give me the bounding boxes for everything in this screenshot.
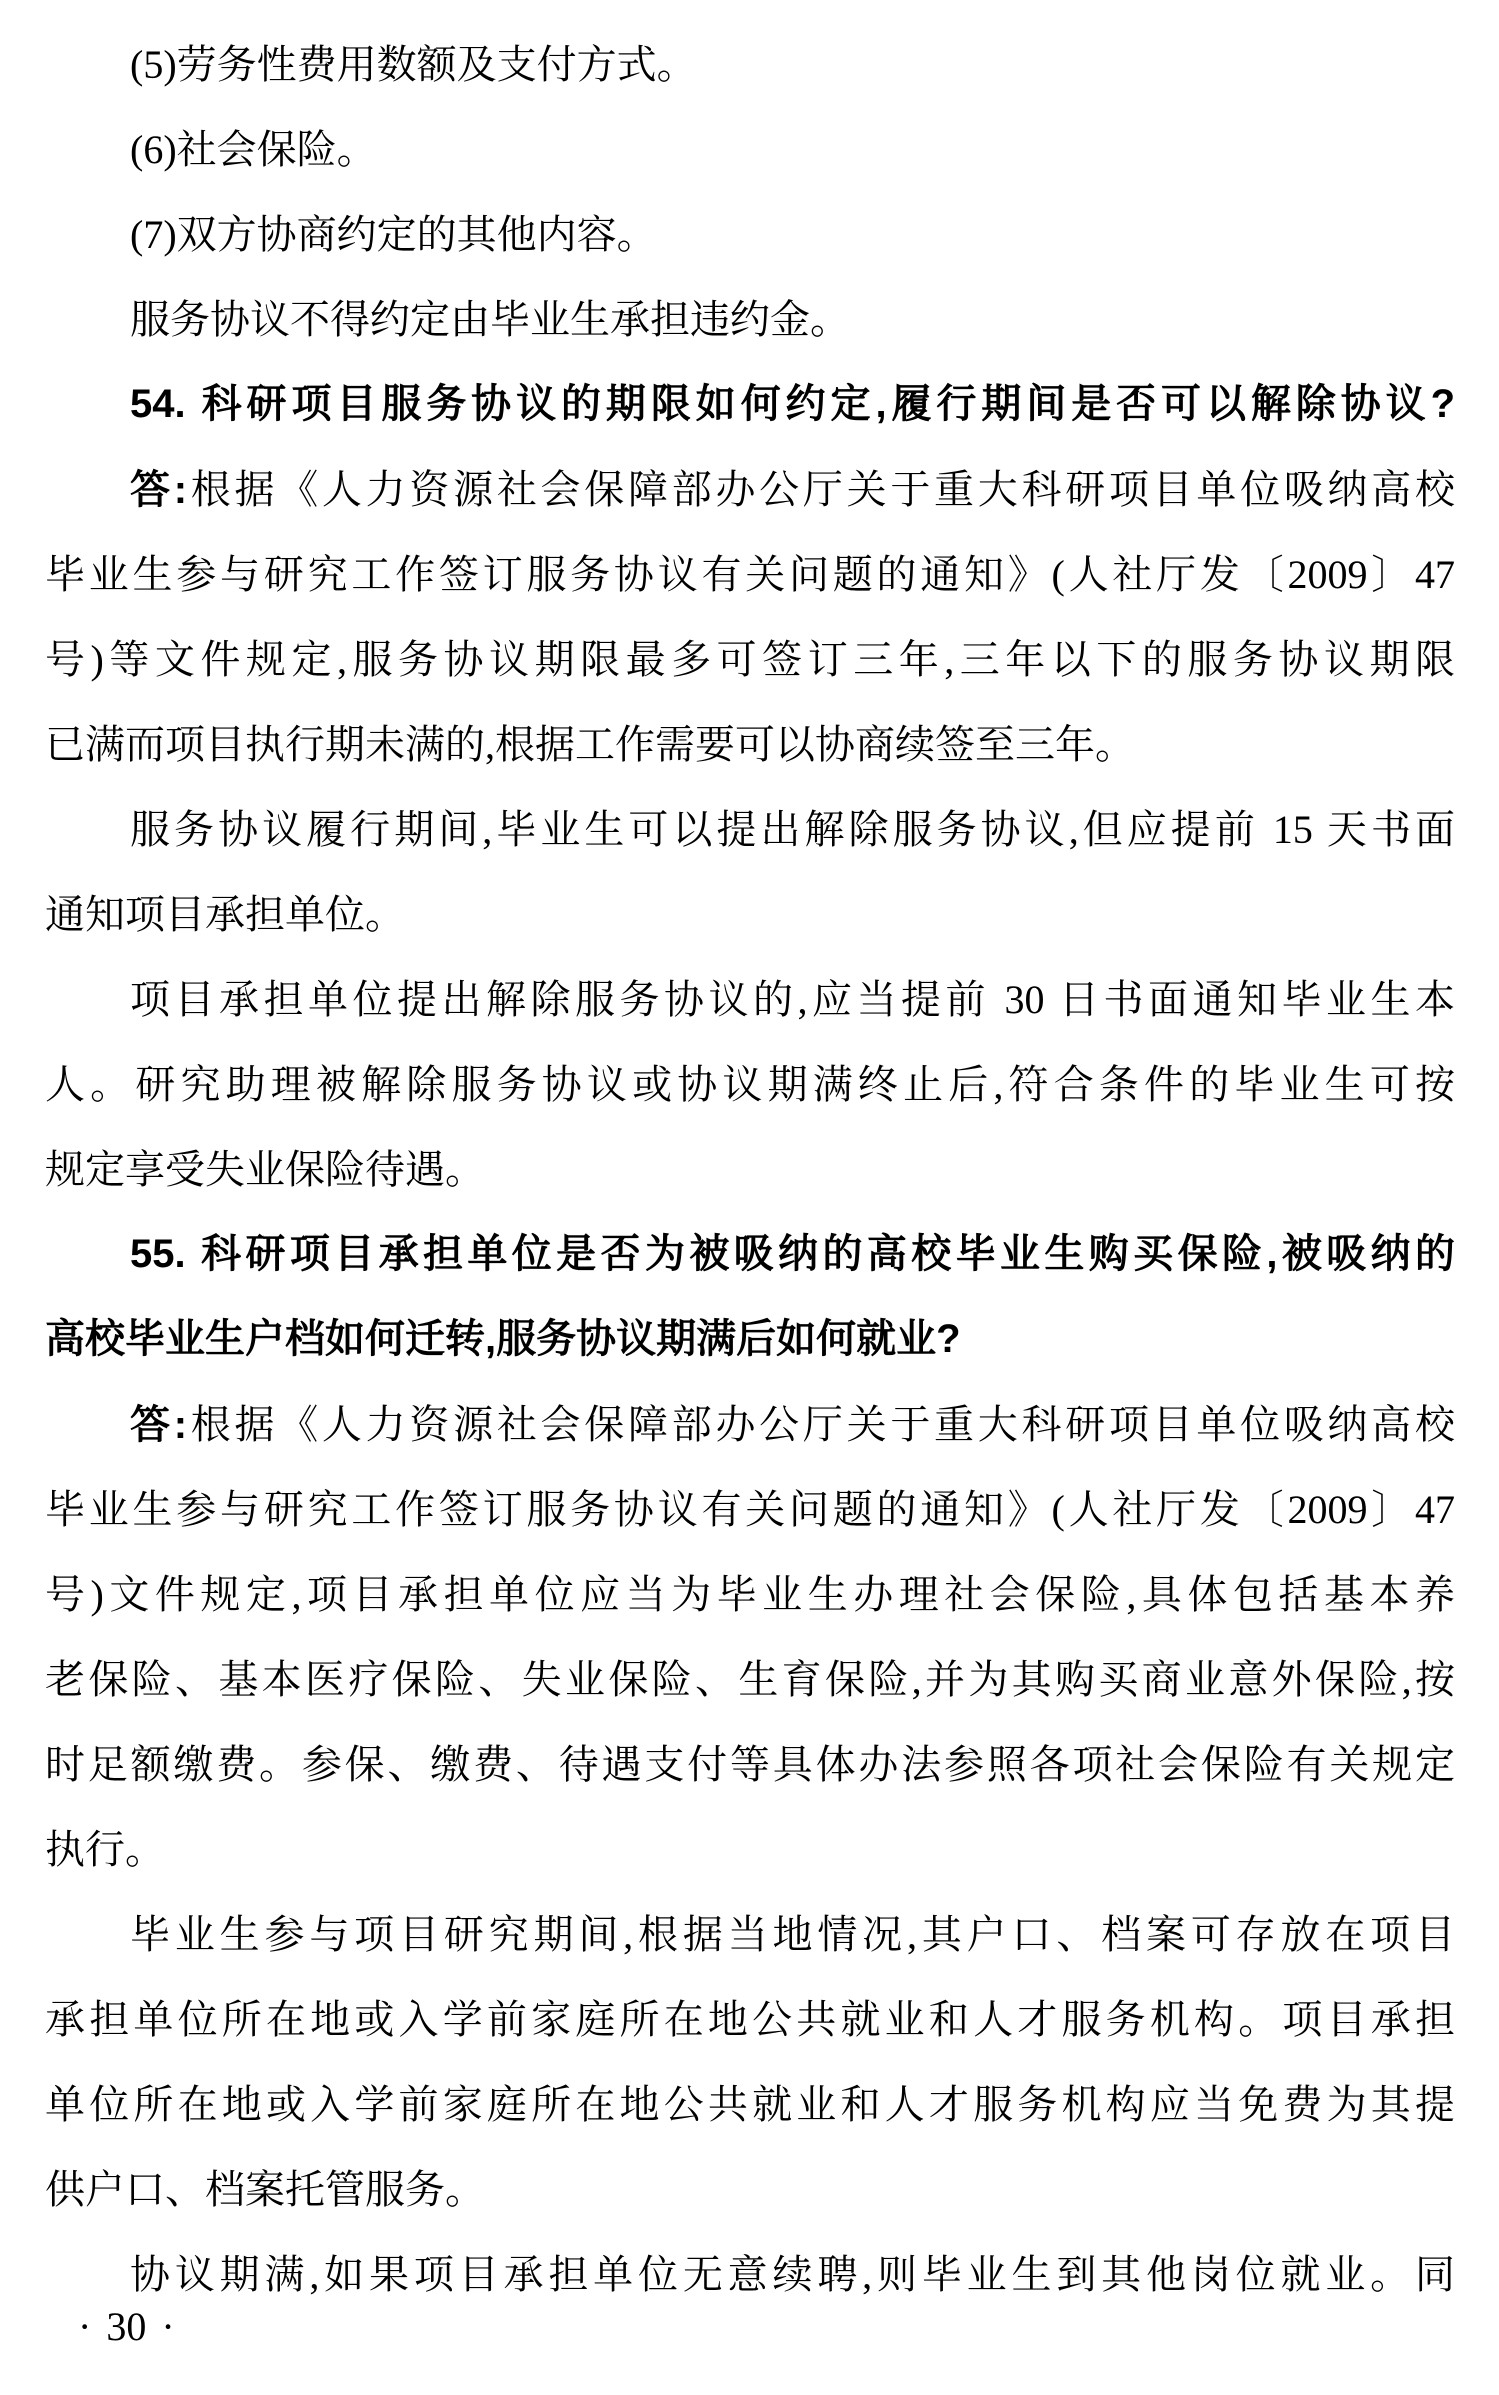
paragraph-line: 供户口、档案托管服务。	[45, 2147, 1455, 2232]
paragraph-line: 服务协议履行期间,毕业生可以提出解除服务协议,但应提前 15 天书面	[45, 787, 1455, 872]
list-item-5: (5)劳务性费用数额及支付方式。	[45, 22, 1455, 107]
answer-text: 根据《人力资源社会保障部办公厅关于重大科研项目单位吸纳高校	[187, 467, 1455, 512]
paragraph-line: 承担单位所在地或入学前家庭所在地公共就业和人才服务机构。项目承担	[45, 1977, 1455, 2062]
paragraph-line: 执行。	[45, 1807, 1455, 1892]
question-55-heading-line2: 高校毕业生户档如何迁转,服务协议期满后如何就业?	[45, 1297, 1455, 1382]
paragraph-line: 通知项目承担单位。	[45, 872, 1455, 957]
paragraph-line: 毕业生参与项目研究期间,根据当地情况,其户口、档案可存放在项目	[45, 1892, 1455, 1977]
paragraph-line: 老保险、基本医疗保险、失业保险、生育保险,并为其购买商业意外保险,按	[45, 1637, 1455, 1722]
document-page: (5)劳务性费用数额及支付方式。 (6)社会保险。 (7)双方协商约定的其他内容…	[0, 0, 1499, 2395]
answer-marker: 答:	[130, 1403, 187, 1447]
footer-dot-left: ·	[78, 2302, 91, 2352]
answer-line: 答:根据《人力资源社会保障部办公厅关于重大科研项目单位吸纳高校	[45, 1382, 1455, 1467]
list-item-6: (6)社会保险。	[45, 107, 1455, 192]
paragraph-line: 号)文件规定,项目承担单位应当为毕业生办理社会保险,具体包括基本养	[45, 1552, 1455, 1637]
page-footer: · 30 ·	[78, 2302, 175, 2352]
paragraph-line: 单位所在地或入学前家庭所在地公共就业和人才服务机构应当免费为其提	[45, 2062, 1455, 2147]
paragraph-line: 毕业生参与研究工作签订服务协议有关问题的通知》(人社厅发〔2009〕47	[45, 532, 1455, 617]
paragraph-line: 服务协议不得约定由毕业生承担违约金。	[45, 277, 1455, 362]
answer-marker: 答:	[130, 468, 187, 512]
list-item-7: (7)双方协商约定的其他内容。	[45, 192, 1455, 277]
paragraph-line: 项目承担单位提出解除服务协议的,应当提前 30 日书面通知毕业生本	[45, 957, 1455, 1042]
page-number: 30	[106, 2302, 146, 2352]
paragraph-line: 毕业生参与研究工作签订服务协议有关问题的通知》(人社厅发〔2009〕47	[45, 1467, 1455, 1552]
paragraph-line: 人。研究助理被解除服务协议或协议期满终止后,符合条件的毕业生可按	[45, 1042, 1455, 1127]
footer-dot-right: ·	[161, 2302, 174, 2352]
answer-text: 根据《人力资源社会保障部办公厅关于重大科研项目单位吸纳高校	[187, 1402, 1455, 1447]
paragraph-line: 时足额缴费。参保、缴费、待遇支付等具体办法参照各项社会保险有关规定	[45, 1722, 1455, 1807]
paragraph-line: 协议期满,如果项目承担单位无意续聘,则毕业生到其他岗位就业。同	[45, 2232, 1455, 2317]
paragraph-line: 号)等文件规定,服务协议期限最多可签订三年,三年以下的服务协议期限	[45, 617, 1455, 702]
question-54-heading: 54. 科研项目服务协议的期限如何约定,履行期间是否可以解除协议?	[45, 362, 1455, 447]
paragraph-line: 规定享受失业保险待遇。	[45, 1127, 1455, 1212]
question-55-heading: 55. 科研项目承担单位是否为被吸纳的高校毕业生购买保险,被吸纳的	[45, 1212, 1455, 1297]
answer-line: 答:根据《人力资源社会保障部办公厅关于重大科研项目单位吸纳高校	[45, 447, 1455, 532]
text-block: (5)劳务性费用数额及支付方式。 (6)社会保险。 (7)双方协商约定的其他内容…	[45, 22, 1455, 2317]
paragraph-line: 已满而项目执行期未满的,根据工作需要可以协商续签至三年。	[45, 702, 1455, 787]
